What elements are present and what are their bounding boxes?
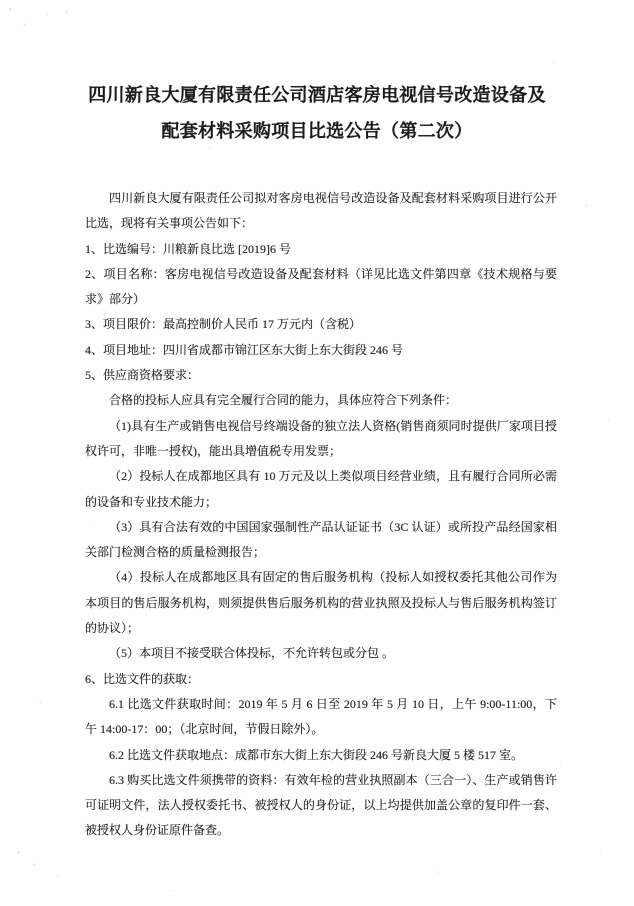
item-6-3-required-materials: 6.3 购买比选文件须携带的资料：有效年检的营业执照副本（三合一）、生产或销售许… — [85, 768, 557, 844]
qualification-1: （1)具有生产或销售电视信号终端设备的独立法人资格(销售商须同时提供厂家项目授权… — [85, 414, 557, 465]
document-title: 四川新良大厦有限责任公司酒店客房电视信号改造设备及 配套材料采购项目比选公告（第… — [0, 78, 634, 149]
intro-paragraph: 四川新良大厦有限责任公司拟对客房电视信号改造设备及配套材料采购项目进行公开比选，… — [85, 186, 557, 237]
document-page: 四川新良大厦有限责任公司酒店客房电视信号改造设备及 配套材料采购项目比选公告（第… — [0, 0, 634, 906]
item-1-bid-number: 1、比选编号：川粮新良比选 [2019]6 号 — [85, 237, 557, 262]
item-3-price-limit: 3、项目限价：最高控制价人民币 17 万元内（含税） — [85, 312, 557, 337]
qualification-intro: 合格的投标人应具有完全履行合同的能力，具体应符合下列条件： — [85, 388, 557, 413]
item-6-2-acquisition-location: 6.2 比选文件获取地点：成都市东大街上东大街段 246 号新良大厦 5 楼 5… — [85, 743, 557, 768]
document-title-line1: 四川新良大厦有限责任公司酒店客房电视信号改造设备及 — [0, 78, 634, 114]
document-title-line2: 配套材料采购项目比选公告（第二次） — [0, 114, 634, 150]
document-body: 四川新良大厦有限责任公司拟对客房电视信号改造设备及配套材料采购项目进行公开比选，… — [85, 186, 557, 844]
qualification-2: （2）投标人在成都地区具有 10 万元及以上类似项目经营业绩，且有履行合同所必需… — [85, 464, 557, 515]
item-6-1-acquisition-time: 6.1 比选文件获取时间：2019 年 5 月 6 日至 2019 年 5 月 … — [85, 692, 557, 743]
scan-noise-specks — [0, 0, 1, 1]
qualification-3: （3）具有合法有效的中国国家强制性产品认证证书（3C 认证）或所投产品经国家相关… — [85, 515, 557, 566]
item-4-project-address: 4、项目地址：四川省成都市锦江区东大街上东大街段 246 号 — [85, 338, 557, 363]
qualification-4: （4）投标人在成都地区具有固定的售后服务机构（投标人如授权委托其他公司作为本项目… — [85, 565, 557, 641]
qualification-5: （5）本项目不接受联合体投标，不允许转包或分包 。 — [85, 641, 557, 666]
item-2-project-name: 2、项目名称：客房电视信号改造设备及配套材料（详见比选文件第四章《技术规格与要求… — [85, 262, 557, 313]
item-6-document-acquisition-heading: 6、比选文件的获取： — [85, 667, 557, 692]
item-5-supplier-qualifications-heading: 5、供应商资格要求： — [85, 363, 557, 388]
